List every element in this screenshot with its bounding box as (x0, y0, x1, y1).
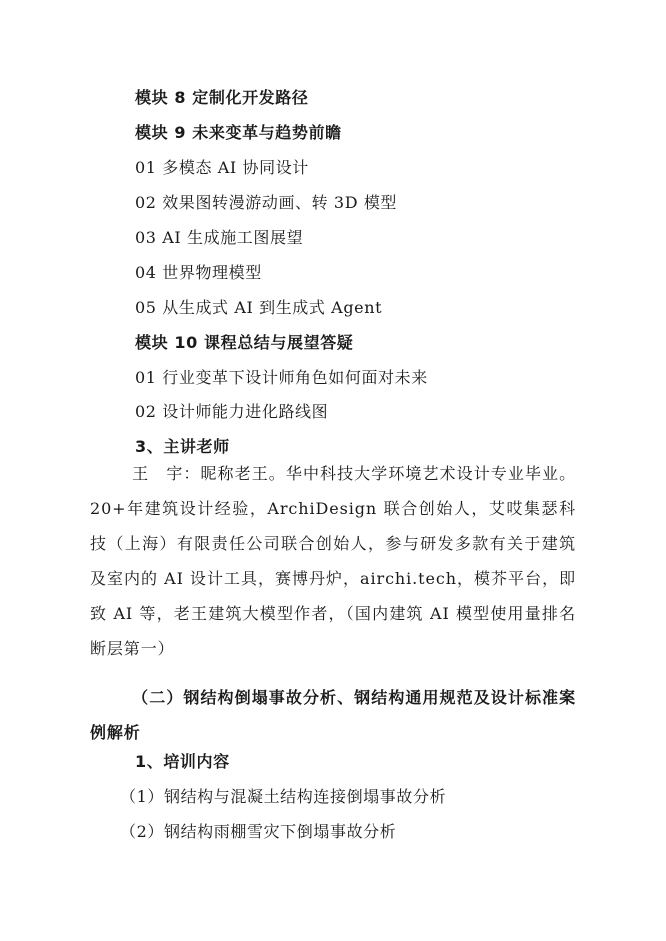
training-item: （1）钢结构与混凝土结构连接倒塌事故分析 (120, 787, 446, 807)
section-2-title: （二）钢结构倒塌事故分析、钢结构通用规范及设计标准案例解析 (90, 680, 576, 750)
module-9-item: 05 从生成式 AI 到生成式 Agent (135, 298, 382, 318)
training-content-heading: 1、培训内容 (135, 752, 230, 772)
teacher-heading: 3、主讲老师 (135, 437, 230, 457)
module-9-item: 01 多模态 AI 协同设计 (135, 158, 309, 178)
module-9-item: 02 效果图转漫游动画、转 3D 模型 (135, 193, 397, 213)
teacher-bio: 王 宇：昵称老王。华中科技大学环境艺术设计专业毕业。20+年建筑设计经验，Arc… (90, 456, 576, 666)
module-10-heading: 模块 10 课程总结与展望答疑 (135, 333, 353, 353)
section-2-title-text: （二）钢结构倒塌事故分析、钢结构通用规范及设计标准案例解析 (90, 688, 576, 742)
training-item: （2）钢结构雨棚雪灾下倒塌事故分析 (120, 822, 396, 842)
module-8-heading: 模块 8 定制化开发路径 (135, 88, 308, 108)
module-9-heading: 模块 9 未来变革与趋势前瞻 (135, 123, 342, 143)
module-10-item: 02 设计师能力进化路线图 (135, 402, 328, 422)
teacher-bio-text: 王 宇：昵称老王。华中科技大学环境艺术设计专业毕业。20+年建筑设计经验，Arc… (90, 464, 576, 658)
module-10-item: 01 行业变革下设计师角色如何面对未来 (135, 368, 428, 388)
module-9-item: 03 AI 生成施工图展望 (135, 228, 303, 248)
module-9-item: 04 世界物理模型 (135, 263, 262, 283)
